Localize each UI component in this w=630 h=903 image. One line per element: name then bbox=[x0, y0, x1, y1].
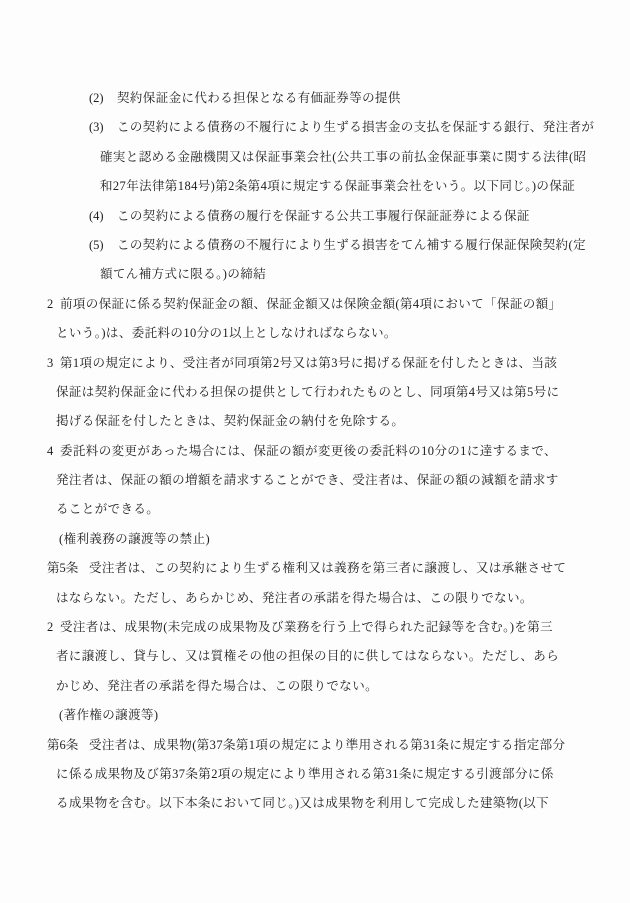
document-line: 者に譲渡し、貸与し、又は質権その他の担保の目的に供してはならない。ただし、あら bbox=[0, 642, 630, 671]
document-line: 2受注者は、成果物(未完成の成果物及び業務を行う上で得られた記録等を含む。)を第… bbox=[0, 613, 630, 642]
item-number: (3) bbox=[89, 113, 117, 142]
article-heading: (権利義務の譲渡等の禁止) bbox=[0, 525, 630, 554]
document-line: という。)は、委託料の10分の1以上としなければならない。 bbox=[0, 319, 630, 348]
document-line: (4)この契約による債務の履行を保証する公共工事履行保証証券による保証 bbox=[0, 202, 630, 231]
document-line: る成果物を含む。以下本条において同じ。)又は成果物を利用して完成した建築物(以下 bbox=[0, 789, 630, 818]
document-line: (5)この契約による債務の不履行により生ずる損害をてん補する履行保証保険契約(定 bbox=[0, 231, 630, 260]
line-text: ることができる。 bbox=[56, 502, 159, 516]
item-number: (4) bbox=[89, 202, 117, 231]
line-text: 契約保証金に代わる担保となる有価証券等の提供 bbox=[117, 91, 401, 105]
line-text: かじめ、発注者の承諾を得た場合は、この限りでない。 bbox=[56, 679, 378, 693]
document-line: かじめ、発注者の承諾を得た場合は、この限りでない。 bbox=[0, 672, 630, 701]
paragraph-number: 2 bbox=[47, 290, 60, 319]
article-heading: (著作権の譲渡等) bbox=[0, 701, 630, 730]
document-line: 発注者は、保証の額の増額を請求することができ、受注者は、保証の額の減額を請求す bbox=[0, 466, 630, 495]
document-line: はならない。ただし、あらかじめ、発注者の承諾を得た場合は、この限りでない。 bbox=[0, 584, 630, 613]
line-text: 第1項の規定により、受注者が同項第2号又は第3号に掲げる保証を付したときは、当該 bbox=[60, 356, 557, 370]
paragraph-number: 2 bbox=[47, 613, 60, 642]
line-text: 受注者は、成果物(第37条第1項の規定により準用される第31条に規定する指定部分 bbox=[89, 738, 565, 752]
item-number: (2) bbox=[89, 84, 117, 113]
line-text: 和27年法律第184号)第2条第4項に規定する保証事業会社をいう。以下同じ。)の… bbox=[100, 179, 575, 193]
line-text: (権利義務の譲渡等の禁止) bbox=[59, 532, 210, 546]
line-text: 額てん補方式に限る。)の締結 bbox=[100, 267, 266, 281]
document-line: 確実と認める金融機関又は保証事業会社(公共工事の前払金保証事業に関する法律(昭 bbox=[0, 143, 630, 172]
article-line: 第5条受注者は、この契約により生ずる権利又は義務を第三者に譲渡し、又は承継させて bbox=[0, 554, 630, 583]
document-line: (3)この契約による債務の不履行により生ずる損害金の支払を保証する銀行、発注者が bbox=[0, 113, 630, 142]
document-line: 2前項の保証に係る契約保証金の額、保証金額又は保険金額(第4項において「保証の額… bbox=[0, 290, 630, 319]
line-text: この契約による債務の不履行により生ずる損害金の支払を保証する銀行、発注者が bbox=[117, 120, 594, 134]
document-line: に係る成果物及び第37条第2項の規定により準用される第31条に規定する引渡部分に… bbox=[0, 760, 630, 789]
line-text: 受注者は、成果物(未完成の成果物及び業務を行う上で得られた記録等を含む。)を第三 bbox=[60, 620, 553, 634]
document-line: ることができる。 bbox=[0, 495, 630, 524]
paragraph-number: 3 bbox=[47, 349, 60, 378]
document-line: 保証は契約保証金に代わる担保の提供として行われたものとし、同項第4号又は第5号に bbox=[0, 378, 630, 407]
line-text: に係る成果物及び第37条第2項の規定により準用される第31条に規定する引渡部分に… bbox=[56, 767, 554, 781]
document-line: 3第1項の規定により、受注者が同項第2号又は第3号に掲げる保証を付したときは、当… bbox=[0, 349, 630, 378]
document-line: 和27年法律第184号)第2条第4項に規定する保証事業会社をいう。以下同じ。)の… bbox=[0, 172, 630, 201]
line-text: 確実と認める金融機関又は保証事業会社(公共工事の前払金保証事業に関する法律(昭 bbox=[100, 150, 586, 164]
article-number: 第5条 bbox=[47, 554, 89, 583]
item-number: (5) bbox=[89, 231, 117, 260]
line-text: 保証は契約保証金に代わる担保の提供として行われたものとし、同項第4号又は第5号に bbox=[56, 385, 560, 399]
document-page: (2)契約保証金に代わる担保となる有価証券等の提供(3)この契約による債務の不履… bbox=[0, 0, 630, 903]
article-line: 第6条受注者は、成果物(第37条第1項の規定により準用される第31条に規定する指… bbox=[0, 731, 630, 760]
line-text: 委託料の変更があった場合には、保証の額が変更後の委託料の10分の1に達するまで、 bbox=[60, 444, 557, 458]
line-text: 発注者は、保証の額の増額を請求することができ、受注者は、保証の額の減額を請求す bbox=[56, 473, 559, 487]
document-line: 額てん補方式に限る。)の締結 bbox=[0, 260, 630, 289]
line-text: この契約による債務の不履行により生ずる損害をてん補する履行保証保険契約(定 bbox=[117, 238, 586, 252]
line-text: 前項の保証に係る契約保証金の額、保証金額又は保険金額(第4項において「保証の額」 bbox=[60, 297, 561, 311]
document-line: 4委託料の変更があった場合には、保証の額が変更後の委託料の10分の1に達するまで… bbox=[0, 437, 630, 466]
line-text: (著作権の譲渡等) bbox=[59, 708, 158, 722]
line-text: 者に譲渡し、貸与し、又は質権その他の担保の目的に供してはならない。ただし、あら bbox=[56, 649, 559, 663]
line-text: この契約による債務の履行を保証する公共工事履行保証証券による保証 bbox=[117, 209, 530, 223]
line-text: という。)は、委託料の10分の1以上としなければならない。 bbox=[56, 326, 397, 340]
line-text: る成果物を含む。以下本条において同じ。)又は成果物を利用して完成した建築物(以下 bbox=[56, 796, 549, 810]
document-line: 掲げる保証を付したときは、契約保証金の納付を免除する。 bbox=[0, 407, 630, 436]
document-line: (2)契約保証金に代わる担保となる有価証券等の提供 bbox=[0, 84, 630, 113]
line-text: 掲げる保証を付したときは、契約保証金の納付を免除する。 bbox=[56, 414, 404, 428]
document-body: (2)契約保証金に代わる担保となる有価証券等の提供(3)この契約による債務の不履… bbox=[0, 84, 630, 819]
line-text: 受注者は、この契約により生ずる権利又は義務を第三者に譲渡し、又は承継させて bbox=[89, 561, 566, 575]
line-text: はならない。ただし、あらかじめ、発注者の承諾を得た場合は、この限りでない。 bbox=[56, 591, 533, 605]
paragraph-number: 4 bbox=[47, 437, 60, 466]
article-number: 第6条 bbox=[47, 731, 89, 760]
